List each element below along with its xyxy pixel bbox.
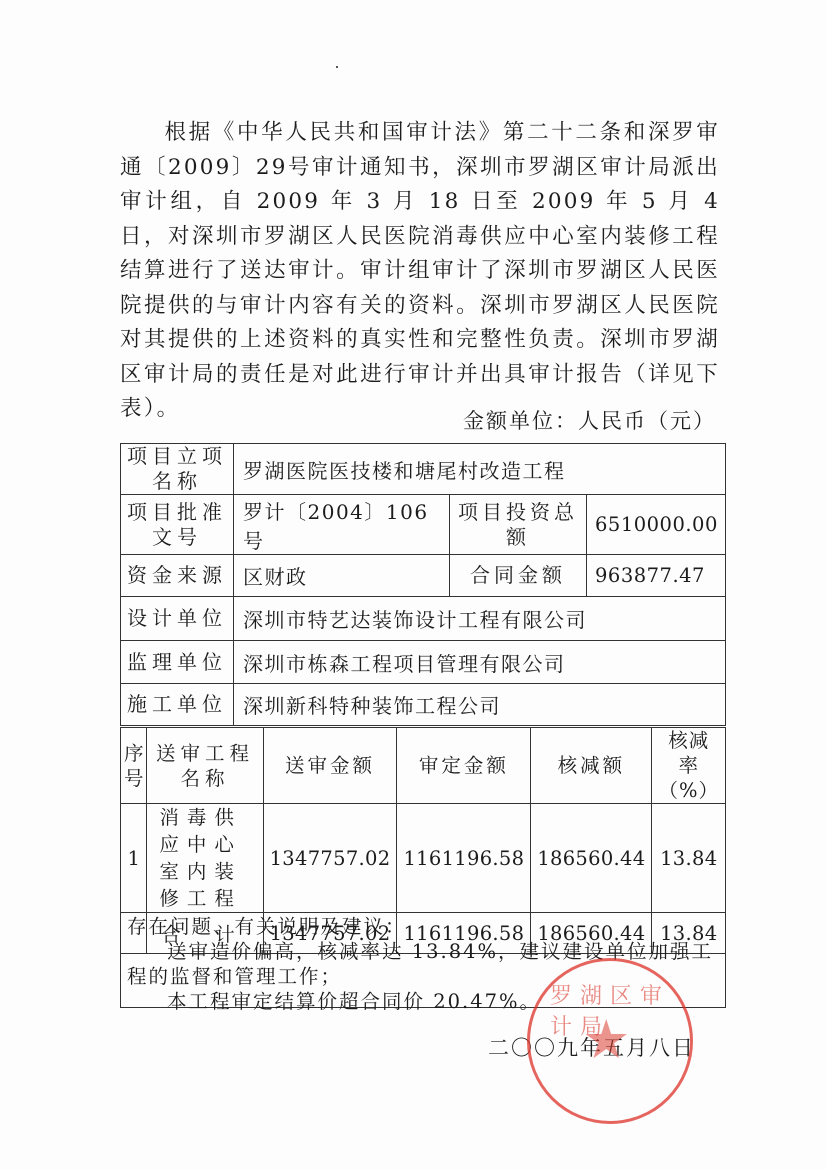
audit-row: 1 消毒供应中心室内装修工程 1347757.02 1161196.58 186…	[121, 804, 726, 913]
project-info-table: 项目立项名称 罗湖医院医技楼和塘尾村改造工程 项目批准文号 罗计〔2004〕10…	[120, 443, 726, 726]
fund-source-label: 资金来源	[121, 555, 234, 597]
supervision-unit-value: 深圳市栋森工程项目管理有限公司	[234, 641, 726, 684]
row-supervision-unit: 监理单位 深圳市栋森工程项目管理有限公司	[121, 641, 726, 684]
intro-text: 根据《中华人民共和国审计法》第二十二条和深罗审通〔2009〕29号审计通知书，深…	[120, 120, 720, 421]
project-name-value: 罗湖医院医技楼和塘尾村改造工程	[234, 444, 726, 495]
row-seq: 1	[121, 804, 147, 913]
header-project-name: 送审工程名称	[147, 728, 263, 804]
intro-paragraph: 根据《中华人民共和国审计法》第二十二条和深罗审通〔2009〕29号审计通知书，深…	[120, 116, 720, 427]
design-unit-label: 设计单位	[121, 597, 234, 641]
construction-unit-value: 深圳新科特种装饰工程公司	[234, 684, 726, 726]
header-rate: 核减率（%）	[652, 728, 726, 804]
notes-item-2-text: 本工程审定结算价超合同价 20.47%。	[167, 990, 541, 1013]
total-investment-label: 项目投资总额	[450, 495, 587, 555]
official-seal: 罗湖区审计局 ★	[527, 958, 693, 1124]
supervision-unit-label: 监理单位	[121, 641, 234, 684]
contract-amount-label: 合同金额	[450, 555, 587, 597]
currency-unit-label: 金额单位：人民币（元）	[463, 405, 716, 435]
star-icon: ★	[582, 1013, 630, 1067]
contract-amount-value: 963877.47	[587, 555, 726, 597]
construction-unit-label: 施工单位	[121, 684, 234, 726]
header-submitted: 送审金额	[263, 728, 397, 804]
notes-title: 存在问题、有关说明及建议：	[127, 914, 719, 939]
approval-no-label: 项目批准文号	[121, 495, 234, 555]
scan-speck	[336, 66, 338, 68]
row-approval: 项目批准文号 罗计〔2004〕106号 项目投资总额 6510000.00	[121, 495, 726, 555]
row-design-unit: 设计单位 深圳市特艺达装饰设计工程有限公司	[121, 597, 726, 641]
total-investment-value: 6510000.00	[587, 495, 726, 555]
row-rate: 13.84	[652, 804, 726, 913]
row-project-name: 项目立项名称 罗湖医院医技楼和塘尾村改造工程	[121, 444, 726, 495]
header-approved: 审定金额	[397, 728, 531, 804]
header-seq: 序号	[121, 728, 147, 804]
fund-source-value: 区财政	[234, 555, 450, 597]
approval-no-value: 罗计〔2004〕106号	[234, 495, 450, 555]
header-reduction: 核减额	[531, 728, 652, 804]
row-project-name: 消毒供应中心室内装修工程	[147, 804, 263, 913]
audit-header-row: 序号 送审工程名称 送审金额 审定金额 核减额 核减率（%）	[121, 728, 726, 804]
row-approved: 1161196.58	[397, 804, 531, 913]
row-submitted: 1347757.02	[263, 804, 397, 913]
row-reduction: 186560.44	[531, 804, 652, 913]
row-fund-source: 资金来源 区财政 合同金额 963877.47	[121, 555, 726, 597]
row-construction-unit: 施工单位 深圳新科特种装饰工程公司	[121, 684, 726, 726]
project-name-label: 项目立项名称	[121, 444, 234, 495]
design-unit-value: 深圳市特艺达装饰设计工程有限公司	[234, 597, 726, 641]
